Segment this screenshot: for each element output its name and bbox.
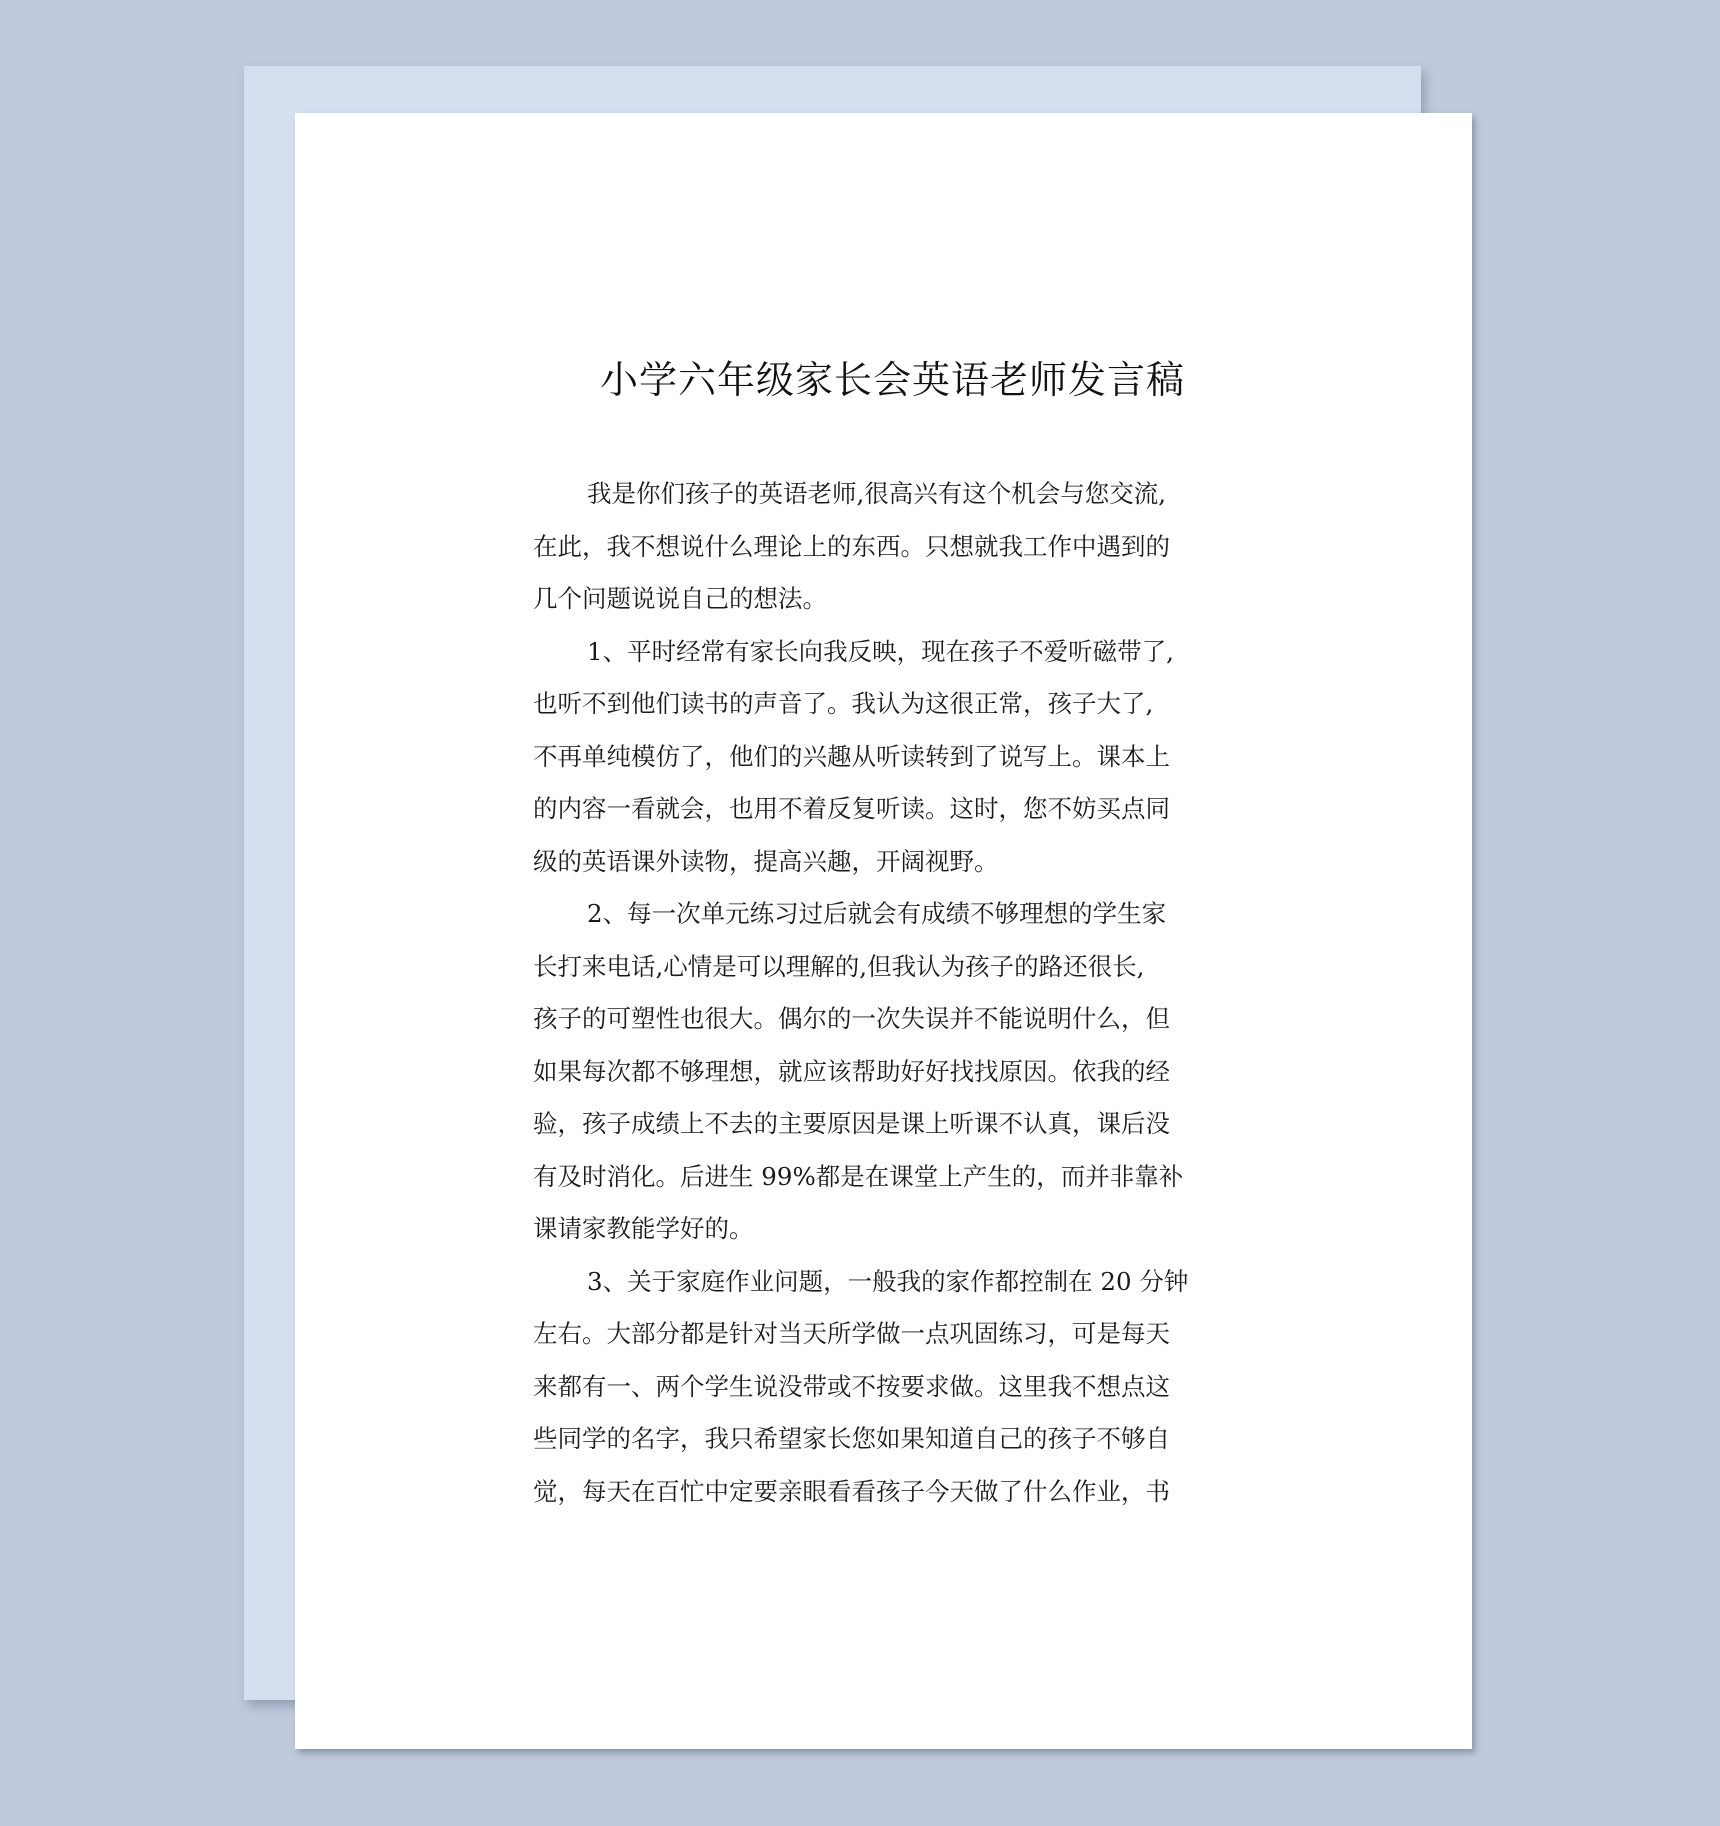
text-line: 3、关于家庭作业问题，一般我的家作都控制在 20 分钟 (533, 1256, 1253, 1309)
text-line: 孩子的可塑性也很大。偶尔的一次失误并不能说明什么，但 (533, 993, 1253, 1046)
text-line: 在此，我不想说什么理论上的东西。只想就我工作中遇到的 (533, 521, 1253, 574)
text-line: 觉，每天在百忙中定要亲眼看看孩子今天做了什么作业，书 (533, 1466, 1253, 1519)
paragraph-intro: 我是你们孩子的英语老师,很高兴有这个机会与您交流, 在此，我不想说什么理论上的东… (533, 468, 1253, 626)
text-line: 如果每次都不够理想，就应该帮助好好找找原因。依我的经 (533, 1046, 1253, 1099)
text-line: 我是你们孩子的英语老师,很高兴有这个机会与您交流, (533, 468, 1253, 521)
text-line: 级的英语课外读物，提高兴趣，开阔视野。 (533, 836, 1253, 889)
text-line: 几个问题说说自己的想法。 (533, 573, 1253, 626)
text-line: 不再单纯模仿了，他们的兴趣从听读转到了说写上。课本上 (533, 731, 1253, 784)
document-body: 我是你们孩子的英语老师,很高兴有这个机会与您交流, 在此，我不想说什么理论上的东… (533, 468, 1253, 1518)
text-line: 课请家教能学好的。 (533, 1203, 1253, 1256)
text-line: 有及时消化。后进生 99%都是在课堂上产生的，而并非靠补 (533, 1151, 1253, 1204)
paragraph-point-2: 2、每一次单元练习过后就会有成绩不够理想的学生家 长打来电话,心情是可以理解的,… (533, 888, 1253, 1256)
text-line: 1、平时经常有家长向我反映，现在孩子不爱听磁带了, (533, 626, 1253, 679)
text-line: 左右。大部分都是针对当天所学做一点巩固练习，可是每天 (533, 1308, 1253, 1361)
text-line: 验，孩子成绩上不去的主要原因是课上听课不认真，课后没 (533, 1098, 1253, 1151)
text-line: 的内容一看就会，也用不着反复听读。这时，您不妨买点同 (533, 783, 1253, 836)
document-page: 小学六年级家长会英语老师发言稿 我是你们孩子的英语老师,很高兴有这个机会与您交流… (295, 113, 1472, 1749)
text-line: 些同学的名字，我只希望家长您如果知道自己的孩子不够自 (533, 1413, 1253, 1466)
document-title: 小学六年级家长会英语老师发言稿 (295, 349, 1472, 404)
text-line: 也听不到他们读书的声音了。我认为这很正常，孩子大了, (533, 678, 1253, 731)
paragraph-point-1: 1、平时经常有家长向我反映，现在孩子不爱听磁带了, 也听不到他们读书的声音了。我… (533, 626, 1253, 889)
text-line: 长打来电话,心情是可以理解的,但我认为孩子的路还很长, (533, 941, 1253, 994)
paragraph-point-3: 3、关于家庭作业问题，一般我的家作都控制在 20 分钟 左右。大部分都是针对当天… (533, 1256, 1253, 1519)
text-line: 来都有一、两个学生说没带或不按要求做。这里我不想点这 (533, 1361, 1253, 1414)
text-line: 2、每一次单元练习过后就会有成绩不够理想的学生家 (533, 888, 1253, 941)
